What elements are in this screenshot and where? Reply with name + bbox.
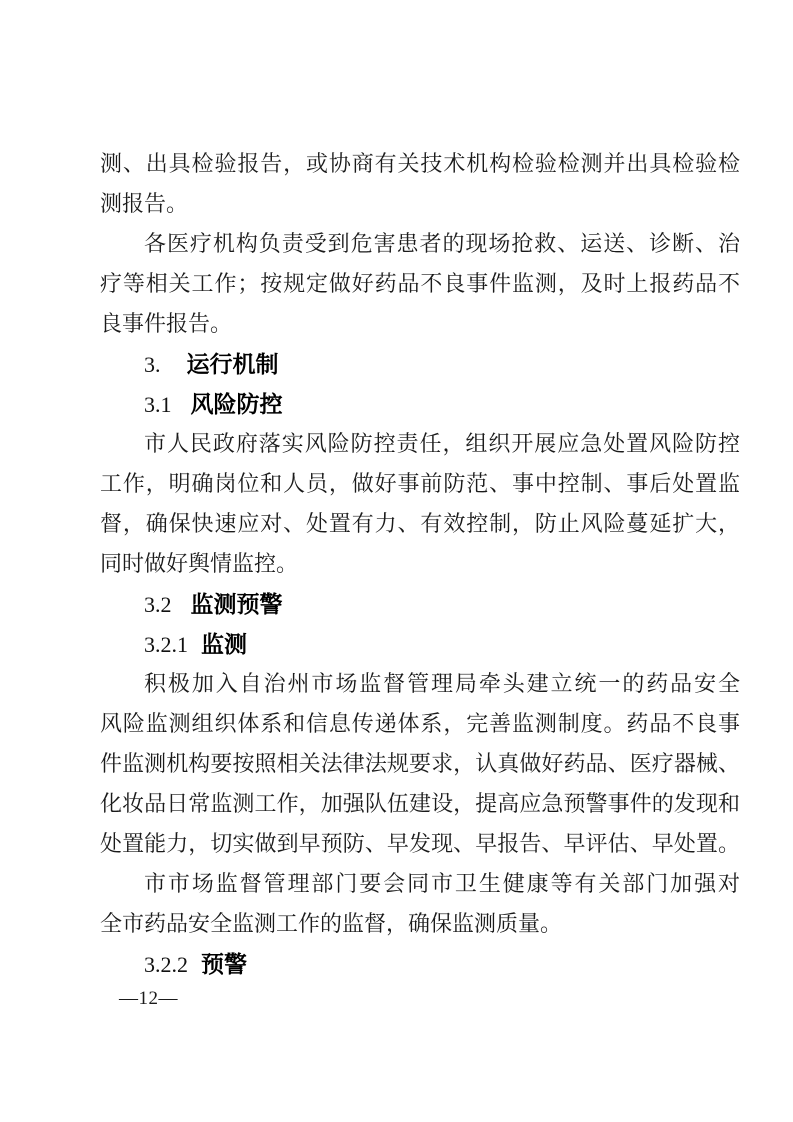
paragraph-line: 处置能力，切实做到早预防、早发现、早报告、早评估、早处置。 <box>100 824 740 864</box>
section-heading-3-2-1: 3.2.1监测 <box>100 624 740 664</box>
section-heading-3: 3.运行机制 <box>100 344 740 384</box>
document-body: 测、出具检验报告，或协商有关技术机构检验检测并出具检验检 测报告。 各医疗机构负… <box>100 144 740 984</box>
heading-label: 风险防控 <box>191 391 283 417</box>
paragraph-line: 测、出具检验报告，或协商有关技术机构检验检测并出具检验检 <box>100 144 740 184</box>
paragraph-line: 疗等相关工作；按规定做好药品不良事件监测，及时上报药品不 <box>100 264 740 304</box>
paragraph-line: 督，确保快速应对、处置有力、有效控制，防止风险蔓延扩大， <box>100 504 740 544</box>
paragraph-line: 工作，明确岗位和人员，做好事前防范、事中控制、事后处置监 <box>100 464 740 504</box>
heading-label: 监测 <box>201 631 247 657</box>
paragraph-line: 化妆品日常监测工作，加强队伍建设，提高应急预警事件的发现和 <box>100 784 740 824</box>
paragraph-line: 测报告。 <box>100 184 740 224</box>
paragraph-line: 风险监测组织体系和信息传递体系，完善监测制度。药品不良事 <box>100 704 740 744</box>
heading-number: 3.2 <box>144 592 172 617</box>
page-number: —12— <box>119 988 178 1010</box>
paragraph-line: 全市药品安全监测工作的监督，确保监测质量。 <box>100 904 740 944</box>
section-heading-3-2-2: 3.2.2预警 <box>100 944 740 984</box>
paragraph-line: 各医疗机构负责受到危害患者的现场抢救、运送、诊断、治 <box>100 224 740 264</box>
paragraph-line: 市市场监督管理部门要会同市卫生健康等有关部门加强对 <box>100 864 740 904</box>
heading-number: 3.1 <box>144 392 172 417</box>
heading-label: 运行机制 <box>187 351 279 377</box>
heading-number: 3. <box>144 352 161 377</box>
paragraph-line: 同时做好舆情监控。 <box>100 544 740 584</box>
section-heading-3-2: 3.2监测预警 <box>100 584 740 624</box>
heading-number: 3.2.2 <box>144 952 188 977</box>
document-page: 测、出具检验报告，或协商有关技术机构检验检测并出具检验检 测报告。 各医疗机构负… <box>0 0 793 1122</box>
heading-number: 3.2.1 <box>144 632 188 657</box>
heading-label: 监测预警 <box>191 591 283 617</box>
paragraph-line: 积极加入自治州市场监督管理局牵头建立统一的药品安全 <box>100 664 740 704</box>
paragraph-line: 市人民政府落实风险防控责任，组织开展应急处置风险防控 <box>100 424 740 464</box>
paragraph-line: 良事件报告。 <box>100 304 740 344</box>
paragraph-line: 件监测机构要按照相关法律法规要求，认真做好药品、医疗器械、 <box>100 744 740 784</box>
section-heading-3-1: 3.1风险防控 <box>100 384 740 424</box>
heading-label: 预警 <box>201 951 247 977</box>
